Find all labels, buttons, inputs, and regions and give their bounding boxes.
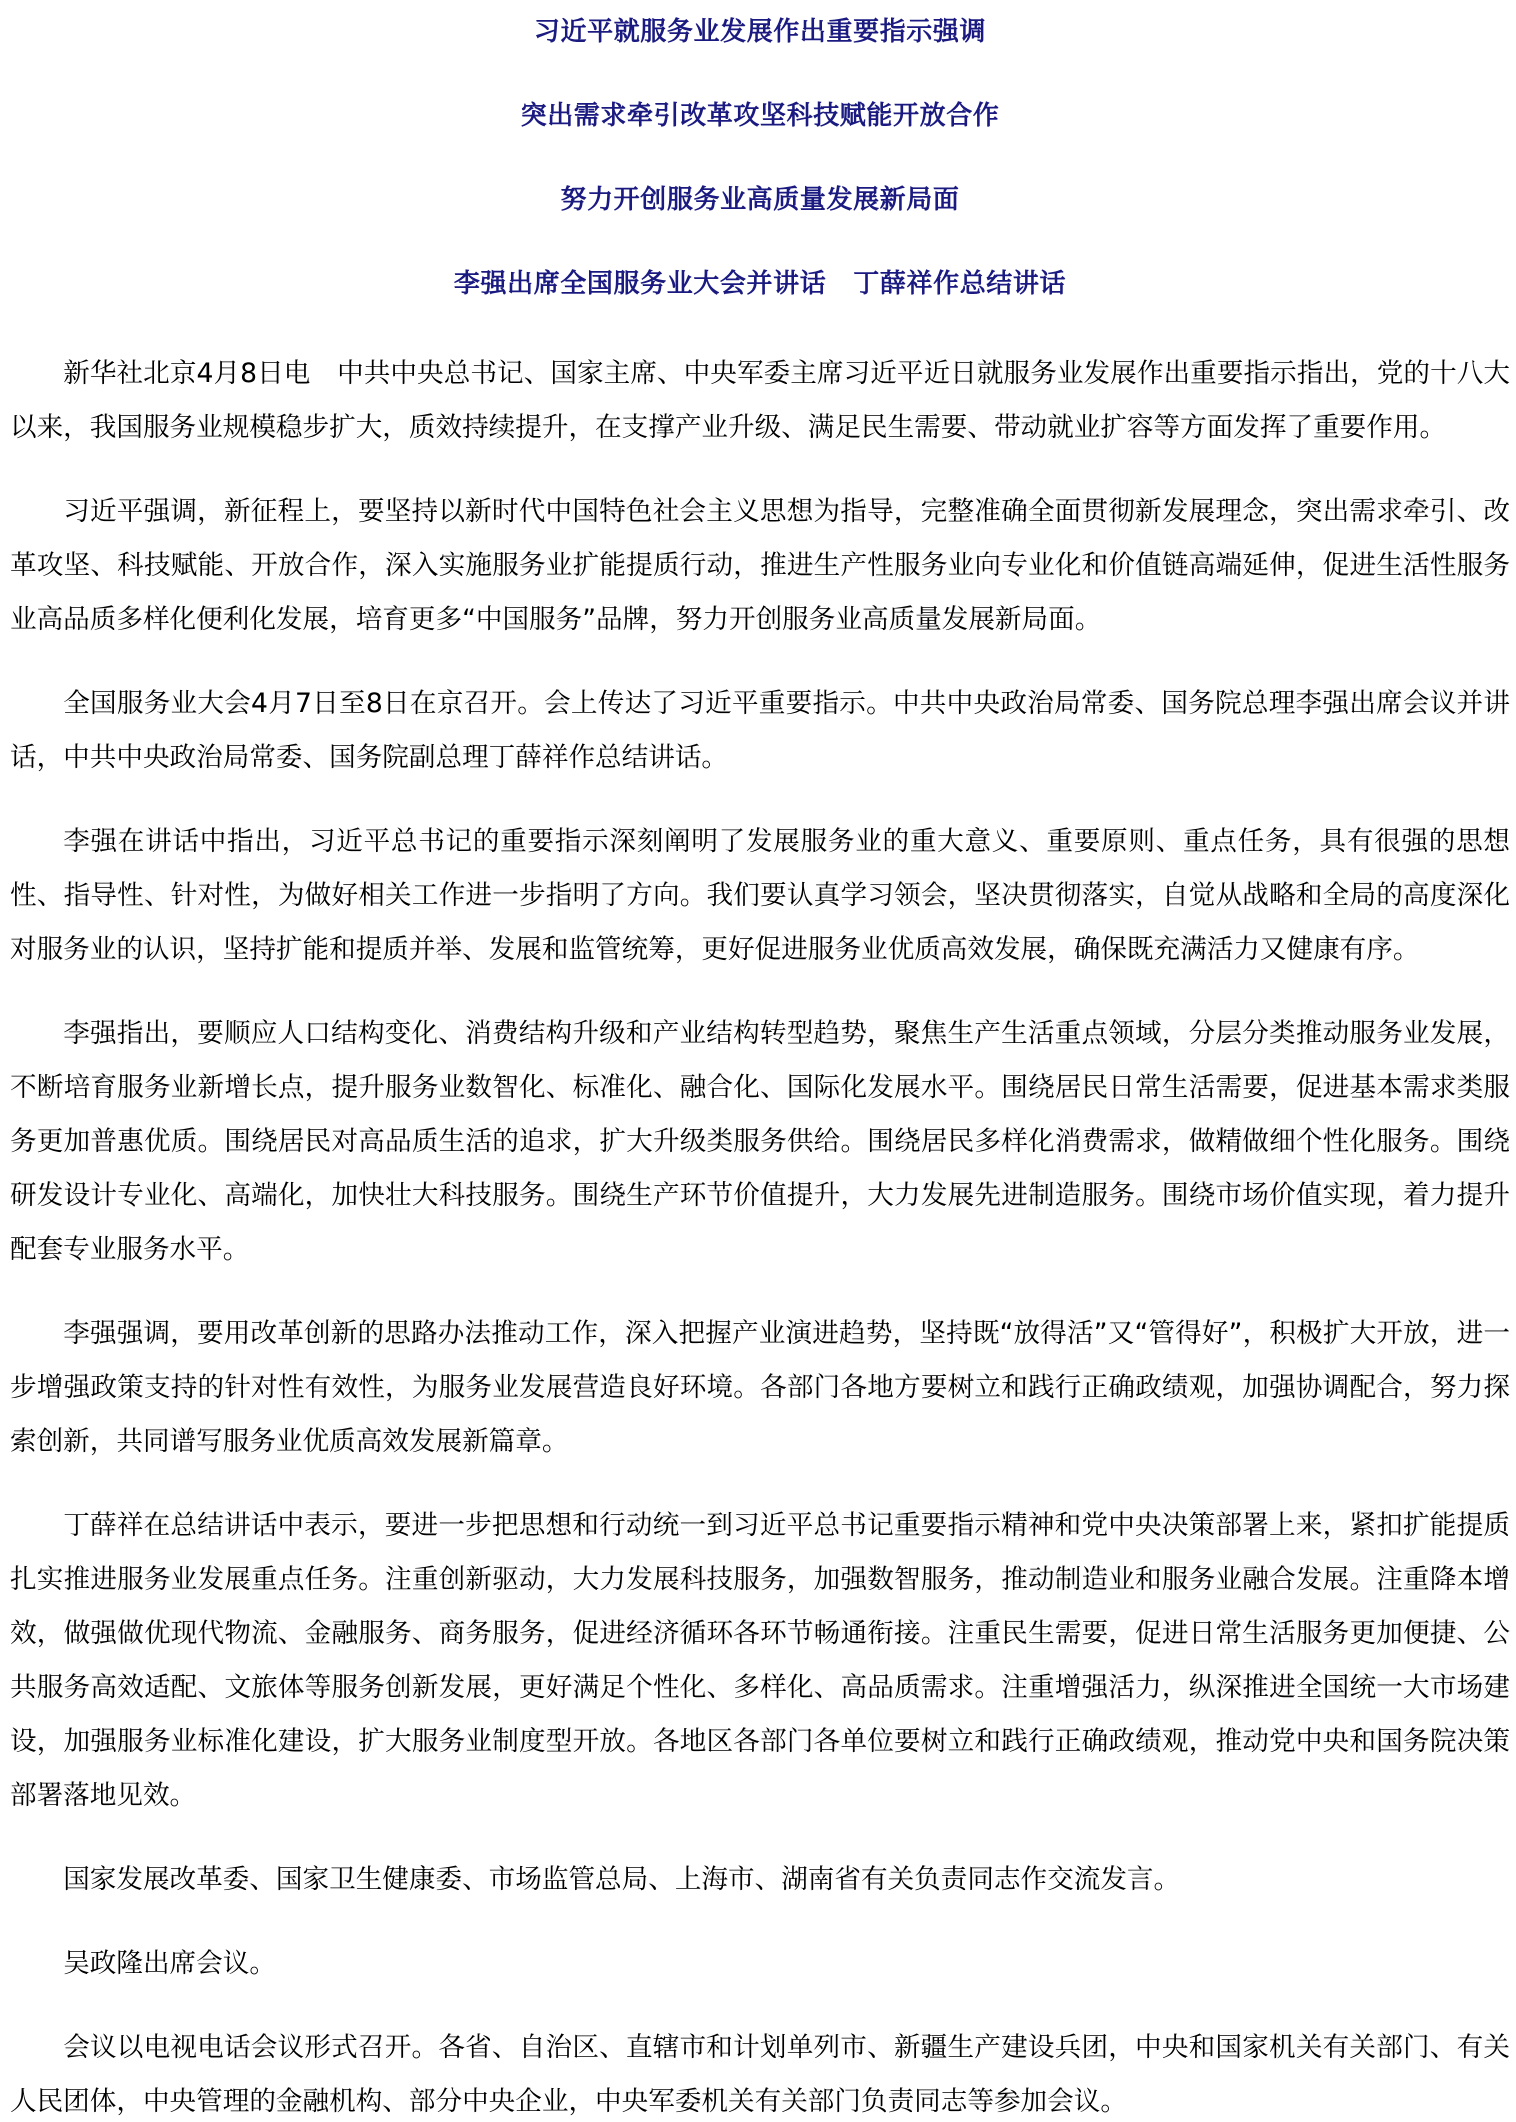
paragraph-ding-summary: 丁薛祥在总结讲话中表示，要进一步把思想和行动统一到习近平总书记重要指示精神和党中… — [10, 1499, 1510, 1823]
headline-main: 习近平就服务业发展作出重要指示强调 — [10, 5, 1510, 59]
headline-sub-2: 努力开创服务业高质量发展新局面 — [10, 173, 1510, 227]
paragraph-meeting-format: 会议以电视电话会议形式召开。各省、自治区、直辖市和计划单列市、新疆生产建设兵团，… — [10, 2021, 1510, 2122]
paragraph-li-emphasis: 李强强调，要用改革创新的思路办法推动工作，深入把握产业演进趋势，坚持既“放得活”… — [10, 1307, 1510, 1469]
paragraph-li-speech: 李强在讲话中指出，习近平总书记的重要指示深刻阐明了发展服务业的重大意义、重要原则… — [10, 815, 1510, 977]
paragraph-conference: 全国服务业大会4月7日至8日在京召开。会上传达了习近平重要指示。中共中央政治局常… — [10, 677, 1510, 785]
paragraph-xi-emphasis: 习近平强调，新征程上，要坚持以新时代中国特色社会主义思想为指导，完整准确全面贯彻… — [10, 485, 1510, 647]
paragraph-attendance-wu: 吴政隆出席会议。 — [10, 1937, 1510, 1991]
paragraph-li-points: 李强指出，要顺应人口结构变化、消费结构升级和产业结构转型趋势，聚焦生产生活重点领… — [10, 1007, 1510, 1277]
headline-sub-3: 李强出席全国服务业大会并讲话丁薛祥作总结讲话 — [10, 257, 1510, 311]
news-article: 习近平就服务业发展作出重要指示强调 突出需求牵引改革攻坚科技赋能开放合作 努力开… — [0, 0, 1516, 2122]
headline-sub-3-part-1: 李强出席全国服务业大会并讲话 — [454, 269, 826, 299]
paragraph-dateline: 新华社北京4月8日电 中共中央总书记、国家主席、中央军委主席习近平近日就服务业发… — [10, 347, 1510, 455]
paragraph-exchange-speeches: 国家发展改革委、国家卫生健康委、市场监管总局、上海市、湖南省有关负责同志作交流发… — [10, 1853, 1510, 1907]
headline-sub-1: 突出需求牵引改革攻坚科技赋能开放合作 — [10, 89, 1510, 143]
headline-sub-3-part-2: 丁薛祥作总结讲话 — [853, 269, 1066, 299]
